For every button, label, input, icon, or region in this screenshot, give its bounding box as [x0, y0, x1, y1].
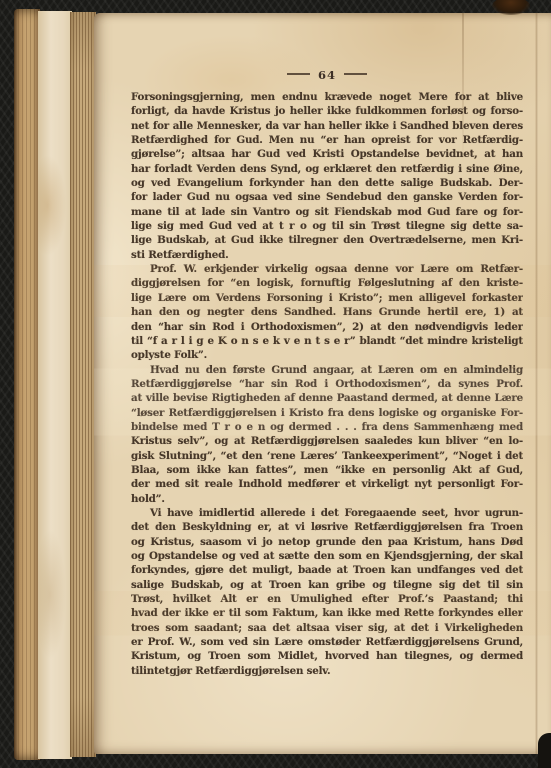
text-line: der med sit reale Indhold medfører et vi… [131, 477, 523, 491]
text-line: og Kristus, saasom vi jo netop grunde de… [131, 535, 523, 549]
body-text: Forsoningsgjerning, men endnu krævede no… [131, 90, 523, 678]
text-line: oplyste Folk”. [131, 348, 523, 362]
text-line: “løser Retfærdiggjørelsen i Kristo fra d… [131, 406, 523, 420]
text-line: gjørelse”; altsaa har Gud ved Kristi Ops… [131, 147, 523, 161]
header-rule-left [287, 73, 310, 75]
text-line: Kristum, og Troen som Midlet, hvorved ha… [131, 649, 523, 663]
paragraph: Prof. W. erkjender virkelig ogsaa denne … [131, 262, 523, 362]
text-line: til “f a r l i g e K o n s e k v e n t s… [131, 334, 523, 348]
book-scan-photo: 64 Forsoningsgjerning, men endnu krævede… [0, 0, 551, 768]
text-line: gisk Slutning”, “et den ‘rene Læres’ Tan… [131, 449, 523, 463]
page-number: 64 [318, 68, 336, 82]
text-line: bindelse med T r o e n og dermed . . . f… [131, 420, 523, 434]
text-line: Forsoningsgjerning, men endnu krævede no… [131, 90, 523, 104]
book-edge-outer-strip [14, 9, 40, 760]
text-line: lige Budskab, at Gud ikke tilregner den … [131, 233, 523, 247]
book-flyleaf-strip [38, 11, 72, 759]
text-line: forkyndes, gjøre det muligt, baade at Tr… [131, 563, 523, 577]
text-line: tilintetgjør Retfærdiggjørelsen selv. [131, 664, 523, 678]
text-line: den “har sin Rod i Orthodoxismen”, 2) at… [131, 320, 523, 334]
paragraph: Vi have imidlertid allerede i det Forega… [131, 506, 523, 678]
text-line: diggjørelsen for “en logisk, fornuftig F… [131, 276, 523, 290]
text-line: Vi have imidlertid allerede i det Forega… [131, 506, 523, 520]
text-line: har forladt Verden dens Synd, og erklære… [131, 162, 523, 176]
text-line: Retfærdighed for Gud. Men nu “er han opr… [131, 133, 523, 147]
text-line: troes som saadant; saa det altsaa viser … [131, 621, 523, 635]
text-line: salige Budskab, og at Troen kan gribe og… [131, 578, 523, 592]
text-line: hvad der ikke er til som Faktum, kan ikk… [131, 606, 523, 620]
background-corner-overlap [538, 733, 551, 768]
text-line: er Prof. W., som ved sin Lære omstøder R… [131, 635, 523, 649]
text-line: Blaa, som ikke kan fattes”, men “ikke en… [131, 463, 523, 477]
book-page: 64 Forsoningsgjerning, men endnu krævede… [94, 13, 551, 754]
text-line: Trøst, hvilket Alt er en Umulighed efter… [131, 592, 523, 606]
text-line: Prof. W. erkjender virkelig ogsaa denne … [131, 262, 523, 276]
paragraph: Forsoningsgjerning, men endnu krævede no… [131, 90, 523, 262]
text-line: net for alle Mennesker, da var han helle… [131, 119, 523, 133]
header-rule-right [344, 73, 367, 75]
page-crease-right [535, 13, 538, 754]
text-line: Hvad nu den første Grund angaar, at Lære… [131, 363, 523, 377]
text-line: det den Beskyldning er, at vi løsrive Re… [131, 520, 523, 534]
text-line: hold”. [131, 492, 523, 506]
text-line: lige Lære om Verdens Forsoning i Kristo”… [131, 291, 523, 305]
page-header: 64 [131, 64, 523, 80]
text-line: han den og negter dens Sandhed. Hans Gru… [131, 305, 523, 319]
text-line: for lader Gud nu ogsaa ved sine Sendebud… [131, 190, 523, 204]
text-line: og Opstandelse og ved at sætte den som e… [131, 549, 523, 563]
paragraph: Hvad nu den første Grund angaar, at Lære… [131, 363, 523, 506]
book-page-edges-strip [70, 12, 96, 757]
text-line: forligt, da havde Kristus jo heller ikke… [131, 104, 523, 118]
text-line: Retfærdiggjørelse “har sin Rod i Orthodo… [131, 377, 523, 391]
text-line: lige sig med Gud ved at t r o og til sin… [131, 219, 523, 233]
text-line: og ved Evangelium forkynder han den dett… [131, 176, 523, 190]
text-line: mane til at lade sin Vantro og sit Fiend… [131, 205, 523, 219]
text-line: sti Retfærdighed. [131, 248, 523, 262]
text-line: at ville bevise Rigtigheden af denne Paa… [131, 391, 523, 405]
text-line: Kristus selv”, og at Retfærdiggjørelsen … [131, 434, 523, 448]
